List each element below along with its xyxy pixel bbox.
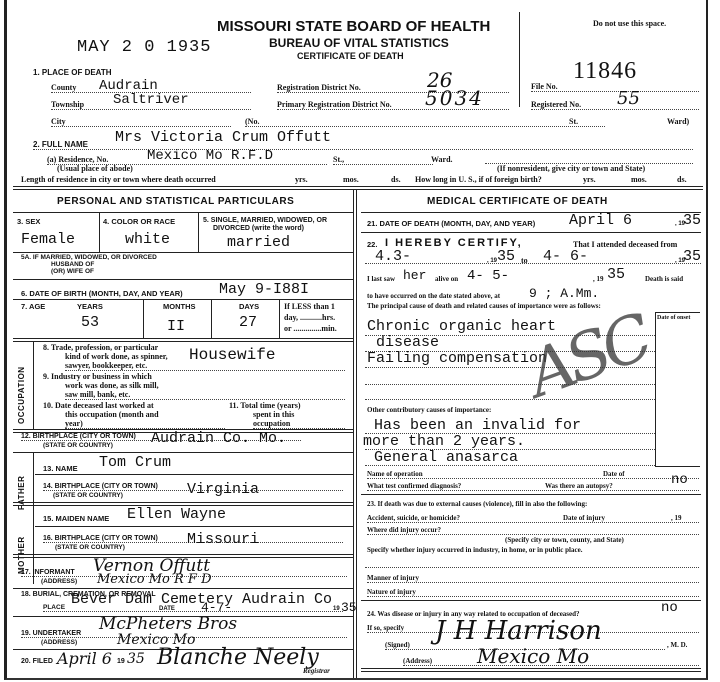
rule	[143, 299, 144, 339]
header-divider	[519, 12, 520, 107]
us-residence-label: How long in U. S., if of foreign birth?	[415, 175, 542, 184]
autopsy-value: no	[671, 472, 688, 488]
rule	[99, 212, 100, 252]
age-months: II	[167, 318, 185, 335]
occurred-label: to have occurred on the date stated abov…	[367, 292, 500, 300]
age-years: 53	[81, 314, 99, 331]
nonresident-line	[485, 155, 693, 164]
file-no-label: File No.	[531, 82, 699, 92]
primary-registration-value: 5034	[425, 86, 484, 110]
township-value: Saltriver	[113, 92, 189, 108]
operation-label: Name of operation	[367, 470, 699, 479]
nonresident-note: (If nonresident, give city or town and S…	[497, 164, 645, 173]
onset-label: Date of onset	[657, 315, 690, 321]
industry-label-2: work was done, as silk mill,	[65, 381, 159, 390]
rule	[361, 494, 701, 495]
burial-year-prefix: 19	[333, 606, 340, 612]
father-birthplace-value: Virginia	[187, 481, 259, 498]
registrar-signature: Blanche Neely	[157, 645, 319, 670]
form-title: MISSOURI STATE BOARD OF HEALTH	[217, 18, 490, 35]
cause-line-2: disease	[367, 334, 439, 351]
alive-on-value: 4- 5-	[467, 268, 509, 284]
rule	[13, 252, 353, 253]
dod-year: 35	[683, 212, 701, 229]
filed-year-prefix: 19	[117, 658, 125, 665]
total-time-label: 11. Total time (years)	[229, 401, 301, 410]
sex-label: 3. SEX	[17, 217, 40, 226]
rule	[365, 566, 699, 568]
registered-number: 55	[617, 88, 640, 109]
years-label: YEARS	[77, 302, 103, 311]
residence-ward-label: Ward.	[431, 155, 453, 164]
rule	[33, 452, 34, 584]
industry-label-3: saw mill, bank, etc.	[65, 390, 345, 400]
mother-name-value: Ellen Wayne	[127, 506, 226, 523]
ds-label: ds.	[391, 175, 401, 184]
rule	[198, 212, 199, 252]
injury-date-label: Date of injury	[563, 514, 605, 522]
dod-value: April 6	[569, 212, 632, 229]
informant-sub-label: (ADDRESS)	[41, 578, 77, 585]
mos-label: mos.	[343, 175, 359, 184]
office-note: Do not use this space.	[593, 19, 666, 28]
rule	[13, 212, 353, 213]
rule	[13, 588, 353, 589]
burial-date-label: DATE	[159, 606, 175, 612]
age-label: 7. AGE	[21, 302, 45, 311]
last-worked-label: 10. Date deceased last worked at	[43, 401, 154, 410]
filed-year: 35	[127, 651, 145, 667]
rule	[365, 262, 701, 264]
birthplace-value: Audrain Co. Mo.	[151, 430, 286, 447]
months-label: MONTHS	[163, 302, 196, 311]
rule	[361, 600, 701, 601]
ward-label: Ward)	[667, 117, 689, 126]
rule	[279, 299, 280, 339]
autopsy-label: Was there an autopsy?	[545, 482, 613, 490]
certificate-type: CERTIFICATE OF DEATH	[297, 51, 404, 61]
physician-address: Mexico Mo	[477, 644, 589, 668]
marital-label: 5. SINGLE, MARRIED, WIDOWED, OR	[203, 217, 327, 224]
personal-section-title: PERSONAL AND STATISTICAL PARTICULARS	[57, 196, 294, 207]
trade-label-2: kind of work done, as spinner,	[65, 352, 168, 361]
min-label: or ..............min.	[284, 324, 337, 333]
manner-label: Manner of injury	[367, 574, 699, 583]
trade-value: Housewife	[189, 346, 275, 364]
rule	[361, 212, 701, 213]
rule	[35, 526, 353, 527]
form-subtitle: BUREAU OF VITAL STATISTICS	[269, 36, 449, 50]
cause-line-3: Failing compensation	[367, 350, 547, 367]
rule	[33, 341, 34, 429]
rule	[35, 474, 353, 475]
contributory-line-1: Has been an invalid for	[365, 417, 581, 434]
total-time-label-3: occupation	[253, 419, 345, 429]
total-time-label-2: spent in this	[253, 410, 294, 419]
cause-line-1: Chronic organic heart	[367, 318, 556, 335]
registrar-label: Registrar	[303, 667, 330, 675]
mother-birthplace-value: Missouri	[187, 531, 259, 548]
burial-year-value: 35	[341, 600, 357, 615]
spouse-label-3: (OR) WIFE OF	[51, 268, 94, 275]
md-label: , M. D.	[667, 641, 687, 649]
rule	[13, 279, 353, 280]
contributory-line-3: General anasarca	[365, 449, 518, 466]
external-causes-label: 23. If death was due to external causes …	[367, 500, 587, 508]
rule	[211, 299, 212, 339]
us-mos-label: mos.	[631, 175, 647, 184]
length-residence-label: Length of residence in city or town wher…	[21, 175, 216, 184]
from-year: 35	[497, 248, 515, 265]
rule	[361, 668, 701, 672]
last-saw-value: her	[403, 268, 426, 283]
specify-place-note: (Specify city or town, county, and State…	[505, 536, 624, 544]
nature-label: Nature of injury	[367, 588, 699, 597]
rule	[13, 338, 353, 342]
race-value: white	[125, 231, 170, 248]
us-ds-label: ds.	[677, 175, 687, 184]
sex-value: Female	[21, 231, 75, 248]
spouse-label-2: HUSBAND OF	[51, 261, 94, 268]
age-days: 27	[239, 314, 257, 331]
death-time: 9 ; A.Mm.	[529, 286, 599, 301]
marital-value: married	[227, 234, 290, 251]
attended-from: 4.3-	[375, 248, 411, 265]
place-of-death-label: 1. PLACE OF DEATH	[33, 68, 112, 77]
contributory-line-2: more than 2 years.	[363, 433, 525, 450]
full-name-value: Mrs Victoria Crum Offutt	[115, 129, 331, 146]
rule	[361, 232, 701, 233]
physician-signature: J H Harrison	[435, 616, 602, 646]
registered-no-label: Registered No.	[531, 100, 699, 110]
test-label: What test confirmed diagnosis?	[367, 482, 699, 491]
mother-name-label: 15. MAIDEN NAME	[43, 514, 109, 523]
informant-address: Mexico Mo R F D	[97, 572, 212, 587]
mother-side-label: MOTHER	[17, 510, 26, 574]
father-name-label: 13. NAME	[43, 464, 78, 473]
dob-value: May 9-I88I	[219, 281, 309, 298]
last-worked-label-2: this occupation (month and	[65, 410, 159, 419]
onset-column	[655, 312, 700, 467]
injury-year-label: , 19	[671, 514, 682, 522]
where-injury-label: Where did injury occur?	[367, 526, 699, 535]
alive-on-label: alive on	[435, 275, 458, 283]
race-label: 4. COLOR OR RACE	[103, 217, 175, 226]
contributory-label: Other contributory causes of importance:	[367, 406, 491, 414]
last-worked-label-3: year)	[65, 419, 225, 429]
burial-date-value: 4-7-	[201, 600, 232, 615]
principal-cause-label: The principal cause of death and related…	[367, 302, 601, 310]
last-saw-label: I last saw	[367, 275, 395, 283]
residence-st-label: St.,	[333, 155, 433, 165]
less-than-day-label: If LESS than 1	[284, 302, 335, 311]
attended-to: 4- 6-	[543, 248, 588, 265]
father-name-value: Tom Crum	[99, 454, 171, 471]
alive-year-prefix: , 19	[593, 275, 604, 283]
address-no-label: (No.	[245, 117, 605, 127]
to-year: 35	[683, 248, 701, 265]
received-date-stamp: MAY 2 0 1935	[77, 38, 211, 57]
dod-label: 21. DATE OF DEATH (MONTH, DAY, AND YEAR)	[367, 219, 535, 228]
marital-label-2: DIVORCED (write the word)	[213, 225, 304, 232]
death-certificate: MAY 2 0 1935 MISSOURI STATE BOARD OF HEA…	[4, 0, 708, 680]
certify-text: That I attended deceased from	[573, 240, 677, 249]
from-year-prefix: , 19	[487, 258, 497, 264]
filed-label: 20. FILED	[21, 658, 53, 665]
section-divider	[13, 186, 703, 190]
alive-year: 35	[607, 266, 625, 283]
birthplace-sub-label: (STATE OR COUNTRY)	[43, 442, 113, 449]
file-number: 11846	[573, 58, 637, 85]
occupation-side-label: OCCUPATION	[17, 352, 26, 424]
occupation-related-value: no	[661, 600, 678, 616]
undertaker-signature: McPheters Bros	[99, 614, 237, 634]
medical-section-title: MEDICAL CERTIFICATE OF DEATH	[427, 196, 608, 207]
filed-date: April 6	[57, 649, 112, 668]
yrs-label: yrs.	[295, 175, 308, 184]
specify-place-label: Specify whether injury occurred in indus…	[367, 546, 582, 554]
to-label: to	[521, 256, 528, 265]
mother-birthplace-sub: (STATE OR COUNTRY)	[55, 544, 125, 551]
operation-date-label: Date of	[603, 470, 625, 478]
undertaker-sub-label: (ADDRESS)	[41, 639, 77, 646]
accident-label: Accident, suicide, or homicide?	[367, 514, 699, 523]
father-birthplace-sub: (STATE OR COUNTRY)	[53, 492, 123, 499]
rule	[13, 299, 353, 300]
residence-value: Mexico Mo R.F.D	[147, 148, 273, 164]
st-label: St.	[569, 117, 578, 126]
death-said-label: Death is said	[645, 275, 683, 283]
us-yrs-label: yrs.	[583, 175, 596, 184]
hrs-label: day, ...........hrs.	[284, 313, 335, 322]
trade-label: 8. Trade, profession, or particular	[43, 343, 158, 352]
industry-label: 9. Industry or business in which	[43, 372, 152, 381]
spouse-label: 5A. IF MARRIED, WIDOWED, OR DIVORCED	[21, 254, 157, 261]
city-label: City	[51, 117, 231, 127]
rule	[13, 452, 353, 453]
dob-label: 6. DATE OF BIRTH (MONTH, DAY, AND YEAR)	[21, 289, 183, 298]
days-label: DAYS	[239, 302, 259, 311]
residence-sub-label: (Usual place of abode)	[57, 164, 133, 173]
rule	[365, 398, 655, 400]
